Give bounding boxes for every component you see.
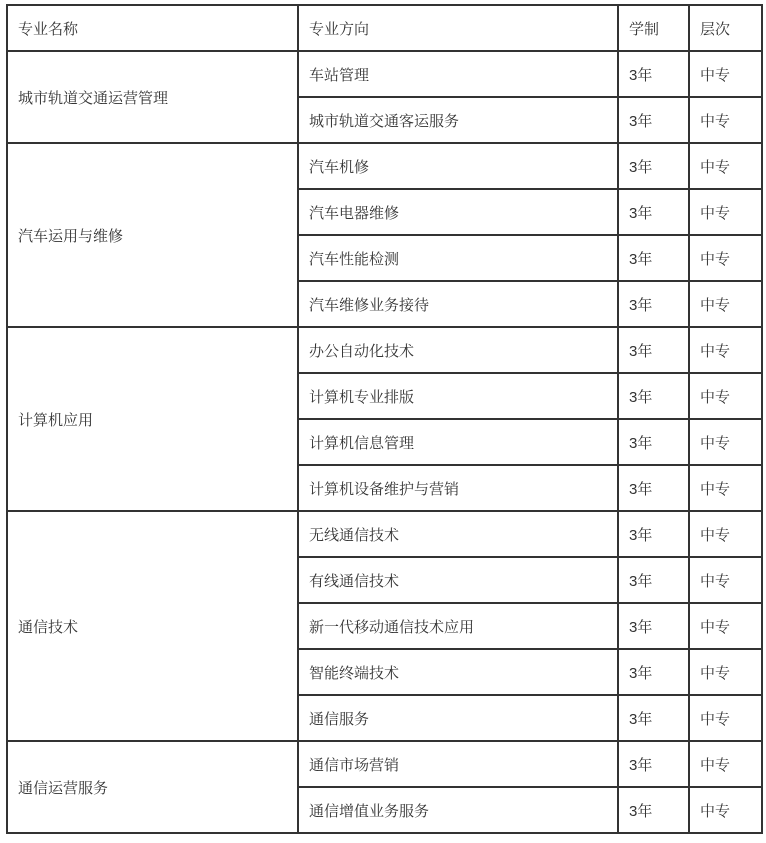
table-row: 计算机应用 办公自动化技术 3年 中专 <box>7 327 762 373</box>
level-cell: 中专 <box>689 695 762 741</box>
duration-cell: 3年 <box>618 741 689 787</box>
duration-cell: 3年 <box>618 695 689 741</box>
level-cell: 中专 <box>689 143 762 189</box>
level-cell: 中专 <box>689 373 762 419</box>
direction-cell: 通信服务 <box>298 695 618 741</box>
direction-cell: 车站管理 <box>298 51 618 97</box>
table-row: 汽车运用与维修 汽车机修 3年 中专 <box>7 143 762 189</box>
duration-cell: 3年 <box>618 465 689 511</box>
duration-cell: 3年 <box>618 235 689 281</box>
header-row: 专业名称 专业方向 学制 层次 <box>7 5 762 51</box>
direction-cell: 计算机专业排版 <box>298 373 618 419</box>
duration-cell: 3年 <box>618 143 689 189</box>
level-cell: 中专 <box>689 741 762 787</box>
major-name-cell: 通信运营服务 <box>7 741 298 833</box>
table-row: 通信运营服务 通信市场营销 3年 中专 <box>7 741 762 787</box>
level-cell: 中专 <box>689 787 762 833</box>
duration-cell: 3年 <box>618 281 689 327</box>
major-name-cell: 城市轨道交通运营管理 <box>7 51 298 143</box>
level-cell: 中专 <box>689 557 762 603</box>
duration-cell: 3年 <box>618 189 689 235</box>
major-name-cell: 通信技术 <box>7 511 298 741</box>
level-cell: 中专 <box>689 465 762 511</box>
direction-cell: 通信市场营销 <box>298 741 618 787</box>
direction-cell: 汽车维修业务接待 <box>298 281 618 327</box>
level-cell: 中专 <box>689 97 762 143</box>
level-cell: 中专 <box>689 603 762 649</box>
level-cell: 中专 <box>689 235 762 281</box>
duration-cell: 3年 <box>618 649 689 695</box>
direction-cell: 无线通信技术 <box>298 511 618 557</box>
direction-cell: 新一代移动通信技术应用 <box>298 603 618 649</box>
duration-cell: 3年 <box>618 603 689 649</box>
duration-cell: 3年 <box>618 97 689 143</box>
direction-cell: 计算机信息管理 <box>298 419 618 465</box>
majors-table: 专业名称 专业方向 学制 层次 城市轨道交通运营管理 车站管理 3年 中专 城市… <box>6 4 763 834</box>
duration-cell: 3年 <box>618 511 689 557</box>
level-cell: 中专 <box>689 51 762 97</box>
duration-cell: 3年 <box>618 787 689 833</box>
duration-cell: 3年 <box>618 327 689 373</box>
direction-cell: 城市轨道交通客运服务 <box>298 97 618 143</box>
direction-cell: 汽车电器维修 <box>298 189 618 235</box>
level-cell: 中专 <box>689 327 762 373</box>
direction-cell: 汽车机修 <box>298 143 618 189</box>
duration-cell: 3年 <box>618 51 689 97</box>
level-cell: 中专 <box>689 189 762 235</box>
direction-cell: 办公自动化技术 <box>298 327 618 373</box>
col-header-major: 专业名称 <box>7 5 298 51</box>
page: 专业名称 专业方向 学制 层次 城市轨道交通运营管理 车站管理 3年 中专 城市… <box>0 4 766 843</box>
level-cell: 中专 <box>689 419 762 465</box>
direction-cell: 计算机设备维护与营销 <box>298 465 618 511</box>
direction-cell: 有线通信技术 <box>298 557 618 603</box>
duration-cell: 3年 <box>618 373 689 419</box>
major-name-cell: 汽车运用与维修 <box>7 143 298 327</box>
direction-cell: 通信增值业务服务 <box>298 787 618 833</box>
table-row: 通信技术 无线通信技术 3年 中专 <box>7 511 762 557</box>
direction-cell: 智能终端技术 <box>298 649 618 695</box>
major-name-cell: 计算机应用 <box>7 327 298 511</box>
table-row: 城市轨道交通运营管理 车站管理 3年 中专 <box>7 51 762 97</box>
duration-cell: 3年 <box>618 419 689 465</box>
col-header-direction: 专业方向 <box>298 5 618 51</box>
direction-cell: 汽车性能检测 <box>298 235 618 281</box>
col-header-level: 层次 <box>689 5 762 51</box>
duration-cell: 3年 <box>618 557 689 603</box>
level-cell: 中专 <box>689 511 762 557</box>
col-header-duration: 学制 <box>618 5 689 51</box>
level-cell: 中专 <box>689 281 762 327</box>
level-cell: 中专 <box>689 649 762 695</box>
